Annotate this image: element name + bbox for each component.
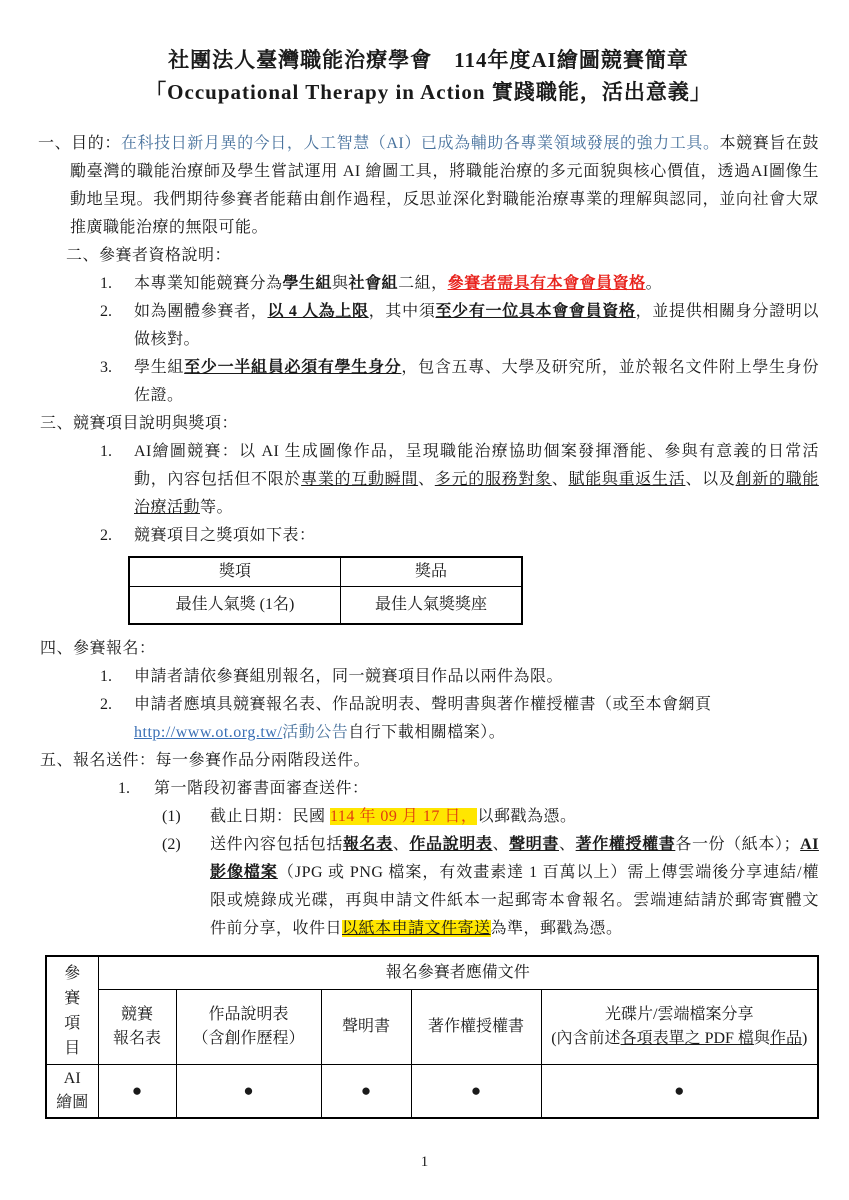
purpose-paragraph: 一、目的：在科技日新月異的今日，人工智慧（AI）已成為輔助各專業領域發展的強力工… [38,130,819,242]
eligibility-item-3-text: 學生組至少一半組員必須有學生身分，包含五專、大學及研究所，並於報名文件附上學生身… [134,354,819,410]
docs-span-header: 報名參賽者應備文件 [98,956,818,990]
item-number: (1) [162,803,210,831]
docs-bullet-cell: ● [321,1065,411,1119]
eligibility-item-1: 1. 本專業知能競賽分為學生組與社會組二組，參賽者需具有本會會員資格。 [100,270,819,298]
submission-item-1: 1. 第一階段初審書面審查送件： [118,775,819,803]
docs-column-header-disc-cloud: 光碟片/雲端檔案分享(內含前述各項表單之 PDF 檔與作品) [541,990,818,1065]
filled-circle-icon: ● [674,1081,684,1100]
competition-heading: 三、競賽項目說明與獎項： [40,410,819,438]
required-documents-table: 參賽項目 報名參賽者應備文件 競賽報名表 作品說明表（含創作歷程） 聲明書 著作… [45,955,819,1119]
docs-column-header-registration-form: 競賽報名表 [98,990,176,1065]
registration-heading: 四、參賽報名： [40,635,819,663]
eligibility-item-3: 3. 學生組至少一半組員必須有學生身分，包含五專、大學及研究所，並於報名文件附上… [100,354,819,410]
page-title-line2: 「Occupational Therapy in Action 實踐職能，活出意… [38,76,819,108]
eligibility-item-1-text: 本專業知能競賽分為學生組與社會組二組，參賽者需具有本會會員資格。 [134,270,819,298]
registration-item-2-after: 活動公告自行下載相關檔案）。 [282,724,505,741]
competition-item-1-text: AI繪圖競賽：以 AI 生成圖像作品，呈現職能治療協助個案發揮潛能、參與有意義的… [134,438,819,522]
document-page: 社團法人臺灣職能治療學會 114年度AI繪圖競賽簡章 「Occupational… [0,0,849,1200]
filled-circle-icon: ● [471,1081,481,1100]
submission-subitem-1-text: 截止日期：民國 114 年 09 月 17 日，以郵戳為憑。 [210,803,819,831]
page-title-line1: 社團法人臺灣職能治療學會 114年度AI繪圖競賽簡章 [38,44,819,76]
prize-table-header-row: 獎項 獎品 [129,557,522,587]
docs-column-header-declaration: 聲明書 [321,990,411,1065]
submission-subitem-1: (1) 截止日期：民國 114 年 09 月 17 日，以郵戳為憑。 [162,803,819,831]
docs-bullet-cell: ● [98,1065,176,1119]
item-number: 1. [100,270,134,298]
submission-subitem-2: (2) 送件內容包括包括報名表、作品說明表、聲明書、著作權授權書各一份（紙本）；… [162,831,819,943]
docs-table-top-row: 參賽項目 報名參賽者應備文件 [46,956,818,990]
submission-subitem-2-text: 送件內容包括包括報名表、作品說明表、聲明書、著作權授權書各一份（紙本）；AI 影… [210,831,819,943]
submission-heading: 五、報名送件：每一參賽作品分兩階段送件。 [40,747,819,775]
eligibility-item-2-text: 如為團體參賽者，以 4 人為上限，其中須至少有一位具本會會員資格，並提供相關身分… [134,298,819,354]
registration-item-1: 1. 申請者請依參賽組別報名，同一競賽項目作品以兩件為限。 [100,663,819,691]
eligibility-heading: 二、參賽者資格說明： [66,242,819,270]
item-number: 1. [100,438,134,522]
filled-circle-icon: ● [243,1081,253,1100]
item-number: 2. [100,298,134,354]
registration-item-2-text: 申請者應填具競賽報名表、作品說明表、聲明書與著作權授權書（或至本會網頁 http… [134,691,819,747]
purpose-label: 一、目的： [38,135,121,152]
registration-item-2: 2. 申請者應填具競賽報名表、作品說明表、聲明書與著作權授權書（或至本會網頁 h… [100,691,819,747]
purpose-text: 在科技日新月異的今日，人工智慧（AI）已成為輔助各專業領域發展的強力工具。本競賽… [70,135,819,236]
docs-column-header-work-description: 作品說明表（含創作歷程） [176,990,321,1065]
competition-item-1: 1. AI繪圖競賽：以 AI 生成圖像作品，呈現職能治療協助個案發揮潛能、參與有… [100,438,819,522]
filled-circle-icon: ● [361,1081,371,1100]
page-number: 1 [0,1148,849,1176]
item-number: 3. [100,354,134,410]
filled-circle-icon: ● [132,1081,142,1100]
prize-table-header-award: 獎項 [129,557,341,587]
document-content: 社團法人臺灣職能治療學會 114年度AI繪圖競賽簡章 「Occupational… [0,0,849,1119]
docs-bullet-cell: ● [541,1065,818,1119]
submission-item-1-text: 第一階段初審書面審查送件： [154,775,819,803]
item-number: 2. [100,522,134,550]
item-number: (2) [162,831,210,943]
docs-corner-cell: 參賽項目 [46,956,98,1065]
docs-table-ai-drawing-row: AI繪圖 ● ● ● ● ● [46,1065,818,1119]
docs-table-column-header-row: 競賽報名表 作品說明表（含創作歷程） 聲明書 著作權授權書 光碟片/雲端檔案分享… [46,990,818,1065]
eligibility-item-2: 2. 如為團體參賽者，以 4 人為上限，其中須至少有一位具本會會員資格，並提供相… [100,298,819,354]
item-number: 1. [118,775,154,803]
prize-table: 獎項 獎品 最佳人氣獎 (1名) 最佳人氣獎獎座 [128,556,523,625]
prize-table-cell-award: 最佳人氣獎 (1名) [129,587,341,625]
docs-bullet-cell: ● [176,1065,321,1119]
prize-table-row: 最佳人氣獎 (1名) 最佳人氣獎獎座 [129,587,522,625]
prize-table-header-prize: 獎品 [341,557,523,587]
docs-bullet-cell: ● [411,1065,541,1119]
competition-item-2-text: 競賽項目之獎項如下表： [134,522,819,550]
docs-column-header-copyright: 著作權授權書 [411,990,541,1065]
registration-item-2-pre: 申請者應填具競賽報名表、作品說明表、聲明書與著作權授權書（或至本會網頁 [134,696,712,713]
competition-item-2: 2. 競賽項目之獎項如下表： [100,522,819,550]
item-number: 1. [100,663,134,691]
prize-table-cell-prize: 最佳人氣獎獎座 [341,587,523,625]
item-number: 2. [100,691,134,747]
ot-website-link[interactable]: http://www.ot.org.tw/ [134,724,282,741]
page-title: 社團法人臺灣職能治療學會 114年度AI繪圖競賽簡章 「Occupational… [38,44,819,108]
docs-row-label: AI繪圖 [46,1065,98,1119]
registration-item-1-text: 申請者請依參賽組別報名，同一競賽項目作品以兩件為限。 [134,663,819,691]
docs-corner-label: 參賽項目 [63,961,81,1061]
